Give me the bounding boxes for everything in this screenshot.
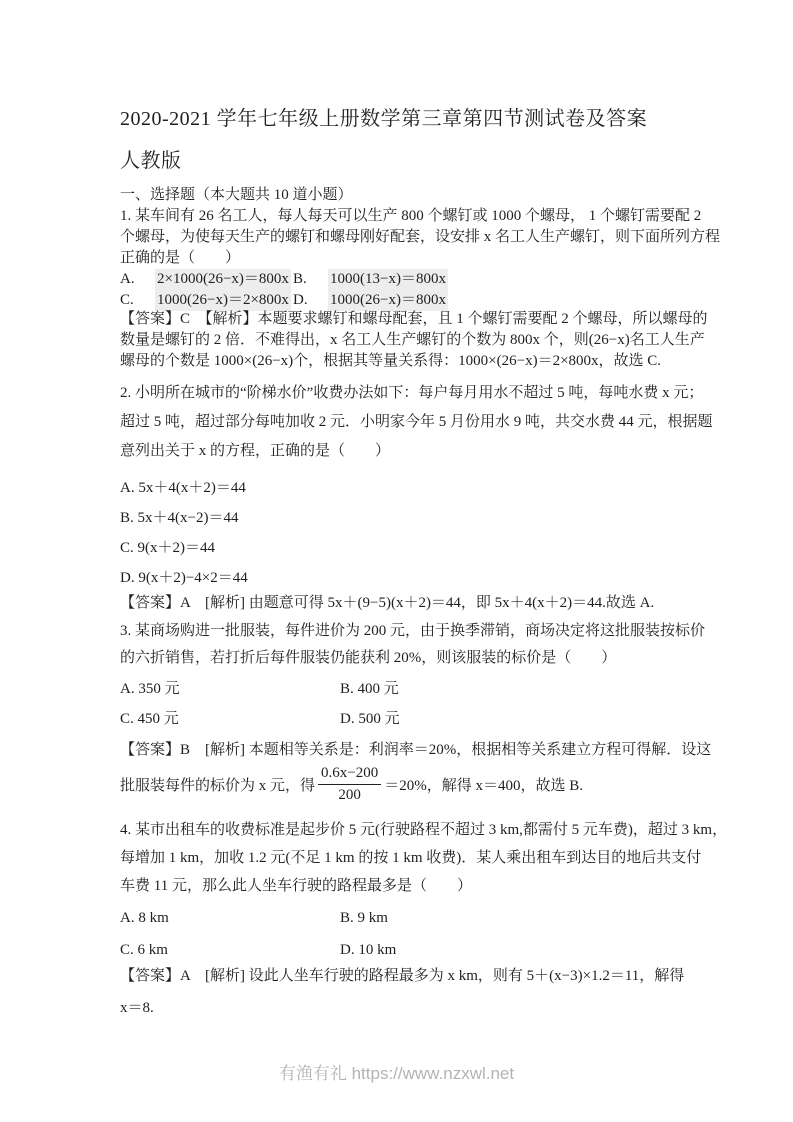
question-1-text-line: 个螺母，为使每天生产的螺钉和螺母刚好配套，设安排 x 名工人生产螺钉，则下面所列… <box>120 227 793 248</box>
question-2-option-a: A. 5x＋4(x＋2)＝44 <box>120 473 793 503</box>
question-4-text-line: 每增加 1 km，加收 1.2 元(不足 1 km 的按 1 km 收费)．某人… <box>120 844 793 872</box>
question-4-option-b: B. 9 km <box>340 908 388 929</box>
question-3-option-d: D. 500 元 <box>340 709 400 730</box>
question-1: 1. 某车间有 26 名工人，每人每天可以生产 800 个螺钉或 1000 个螺… <box>120 206 793 311</box>
question-2-text-line: 2. 小明所在城市的“阶梯水价”收费办法如下：每户每月用水不超过 5 吨，每吨水… <box>120 379 793 408</box>
question-4-option-a: A. 8 km <box>120 908 340 929</box>
option-a-equation: 2×1000(26−x)＝800x <box>155 269 291 290</box>
question-4-options: A. 8 km B. 9 km C. 6 km D. 10 km <box>120 908 793 961</box>
document-page: 2020-2021 学年七年级上册数学第三章第四节测试卷及答案 人教版 一、选择… <box>0 0 793 1122</box>
page-title: 2020-2021 学年七年级上册数学第三章第四节测试卷及答案 人教版 <box>120 102 793 178</box>
question-4-option-c: C. 6 km <box>120 940 340 961</box>
answer-1: 【答案】C 【解析】本题要求螺钉和螺母配套，且 1 个螺钉需要配 2 个螺母，所… <box>120 309 793 372</box>
question-2-text-line: 意列出关于 x 的方程，正确的是（ ） <box>120 437 793 466</box>
answer-1-text-line: 【答案】C 【解析】本题要求螺钉和螺母配套，且 1 个螺钉需要配 2 个螺母，所… <box>120 309 793 330</box>
question-3-options: A. 350 元 B. 400 元 C. 450 元 D. 500 元 <box>120 679 793 730</box>
answer-4: 【答案】A [解析] 设此人坐车行驶的路程最多为 x km，则有 5＋(x−3)… <box>120 966 793 1019</box>
question-3-option-a: A. 350 元 <box>120 679 340 700</box>
option-c-label: C. <box>120 290 155 311</box>
question-3-options-row-2: C. 450 元 D. 500 元 <box>120 709 793 730</box>
question-1-option-d: D. 1000(26−x)＝800x <box>293 290 448 311</box>
option-a-label: A. <box>120 269 155 290</box>
fraction-denominator: 200 <box>338 785 361 805</box>
question-3-options-row-1: A. 350 元 B. 400 元 <box>120 679 793 700</box>
question-4-text-line: 4. 某市出租车的收费标准是起步价 5 元(行驶路程不超过 3 km,都需付 5… <box>120 816 793 844</box>
question-4-options-row-1: A. 8 km B. 9 km <box>120 908 793 929</box>
question-1-text-line: 1. 某车间有 26 名工人，每人每天可以生产 800 个螺钉或 1000 个螺… <box>120 206 793 227</box>
question-1-options-row-1: A. 2×1000(26−x)＝800x B. 1000(13−x)＝800x <box>120 269 793 290</box>
question-4: 4. 某市出租车的收费标准是起步价 5 元(行驶路程不超过 3 km,都需付 5… <box>120 816 793 900</box>
question-2-option-c: C. 9(x＋2)＝44 <box>120 533 793 563</box>
question-2-option-b: B. 5x＋4(x−2)＝44 <box>120 503 793 533</box>
question-3-option-c: C. 450 元 <box>120 709 340 730</box>
fraction-numerator: 0.6x−200 <box>318 764 381 785</box>
title-line-2: 人教版 <box>120 144 793 178</box>
question-1-text-line: 正确的是（ ） <box>120 248 793 269</box>
question-2-option-d: D. 9(x＋2)−4×2＝44 <box>120 563 793 593</box>
question-4-option-d: D. 10 km <box>340 940 396 961</box>
watermark: 有渔有礼 https://www.nzxwl.net <box>0 1062 793 1086</box>
question-1-option-c: C. 1000(26−x)＝2×800x <box>120 290 293 311</box>
option-b-label: B. <box>293 269 328 290</box>
answer-3-fraction-line: 批服装每件的标价为 x 元，得 0.6x−200 200 ＝20%，解得 x＝4… <box>120 761 793 807</box>
answer-2-text-line: 【答案】A [解析] 由题意可得 5x＋(9−5)(x＋2)＝44，即 5x＋4… <box>120 593 793 614</box>
question-1-option-a: A. 2×1000(26−x)＝800x <box>120 269 293 290</box>
answer-3-fraction-pre-text: 批服装每件的标价为 x 元，得 <box>120 774 315 795</box>
option-c-equation: 1000(26−x)＝2×800x <box>155 290 291 311</box>
option-d-equation: 1000(26−x)＝800x <box>328 290 448 311</box>
answer-1-text-line: 数量是螺钉的 2 倍．不难得出，x 名工人生产螺钉的个数为 800x 个，则(2… <box>120 330 793 351</box>
answer-1-text-line: 螺母的个数是 1000×(26−x)个，根据其等量关系得：1000×(26−x)… <box>120 351 793 372</box>
question-2-text-line: 超过 5 吨，超过部分每吨加收 2 元．小明家今年 5 月份用水 9 吨，共交水… <box>120 408 793 437</box>
answer-4-text-line: 【答案】A [解析] 设此人坐车行驶的路程最多为 x km，则有 5＋(x−3)… <box>120 966 793 987</box>
answer-3-text-line: 【答案】B [解析] 本题相等关系是：利润率＝20%，根据相等关系建立方程可得解… <box>120 740 793 761</box>
answer-4-text-line: x＝8. <box>120 998 793 1019</box>
question-1-options-row-2: C. 1000(26−x)＝2×800x D. 1000(26−x)＝800x <box>120 290 793 311</box>
option-b-equation: 1000(13−x)＝800x <box>328 269 448 290</box>
answer-3: 【答案】B [解析] 本题相等关系是：利润率＝20%，根据相等关系建立方程可得解… <box>120 740 793 807</box>
answer-3-fraction-post-text: ＝20%，解得 x＝400，故选 B. <box>384 774 583 795</box>
question-2: 2. 小明所在城市的“阶梯水价”收费办法如下：每户每月用水不超过 5 吨，每吨水… <box>120 379 793 466</box>
question-1-option-b: B. 1000(13−x)＝800x <box>293 269 448 290</box>
question-3-option-b: B. 400 元 <box>340 679 399 700</box>
fraction: 0.6x−200 200 <box>318 764 381 805</box>
answer-2: 【答案】A [解析] 由题意可得 5x＋(9−5)(x＋2)＝44，即 5x＋4… <box>120 593 793 614</box>
option-d-label: D. <box>293 290 328 311</box>
question-3: 3. 某商场购进一批服装，每件进价为 200 元，由于换季滞销，商场决定将这批服… <box>120 618 793 672</box>
section-heading: 一、选择题（本大题共 10 道小题） <box>120 185 793 205</box>
question-4-text-line: 车费 11 元，那么此人坐车行驶的路程最多是（ ） <box>120 872 793 900</box>
question-4-options-row-2: C. 6 km D. 10 km <box>120 940 793 961</box>
question-3-text-line: 3. 某商场购进一批服装，每件进价为 200 元，由于换季滞销，商场决定将这批服… <box>120 618 793 645</box>
question-2-options: A. 5x＋4(x＋2)＝44 B. 5x＋4(x−2)＝44 C. 9(x＋2… <box>120 473 793 593</box>
question-3-text-line: 的六折销售，若打折后每件服装仍能获利 20%，则该服装的标价是（ ） <box>120 645 793 672</box>
document-content: 2020-2021 学年七年级上册数学第三章第四节测试卷及答案 人教版 一、选择… <box>0 0 793 1019</box>
title-line-1: 2020-2021 学年七年级上册数学第三章第四节测试卷及答案 <box>120 102 793 136</box>
